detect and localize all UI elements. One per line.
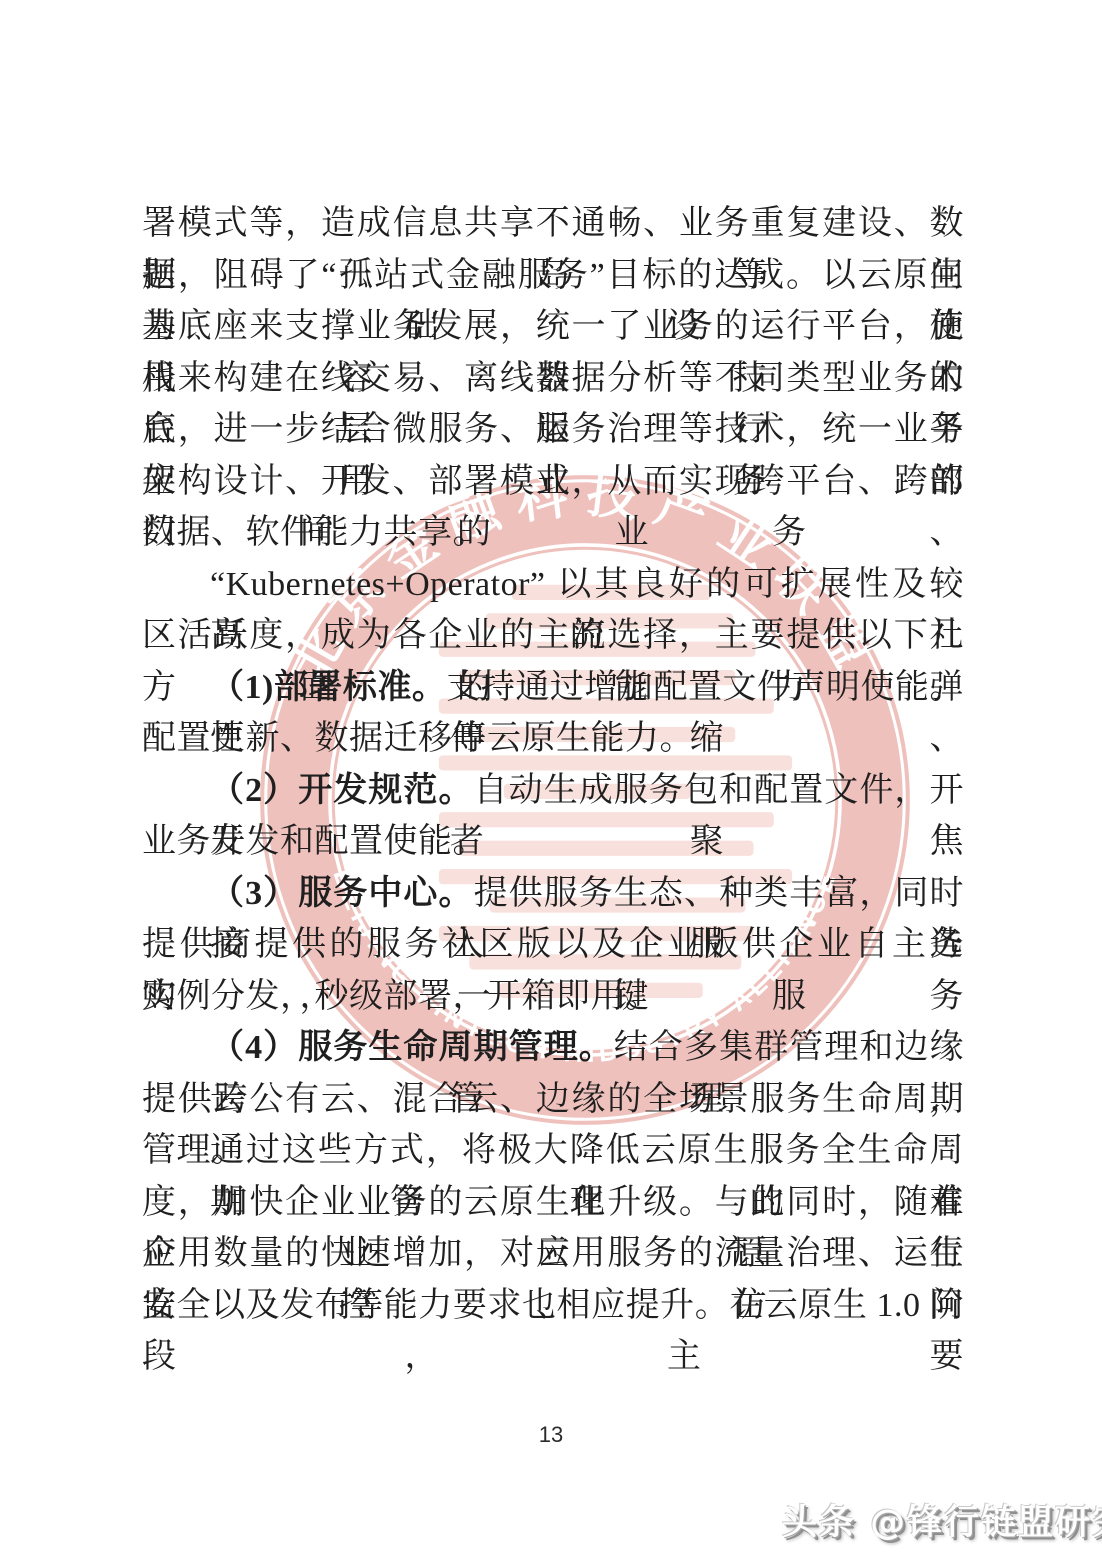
text-line: 应用数量的快速增加，对应用服务的流量治理、运行监控、访问	[142, 1228, 964, 1280]
text-segment: 配置更新、数据迁移等云原生能力。	[142, 720, 694, 757]
text-segment: 实例分发，秒级部署，开箱即用。	[142, 978, 660, 1015]
text-line: 度，加快企业业务的云原生化升级。与此同时，随着企业云原生	[142, 1177, 964, 1229]
text-segment-bold: （2）开发规范。	[210, 772, 474, 809]
text-line: “Kubernetes+Operator” 以其良好的可扩展性及较高的社	[142, 559, 964, 611]
page-number: 13	[0, 1422, 1102, 1448]
text-line: 区活跃度，成为各企业的主流选择，主要提供以下几方面的能力。	[142, 610, 964, 662]
text-line: 通过这些方式，将极大降低云原生服务全生命周期管理的难	[142, 1125, 964, 1177]
text-line: 提供商提供的服务社区版以及企业版供企业自主选购，一键服务	[142, 919, 964, 971]
text-line: （3）服务中心。提供服务生态、种类丰富，同时接入服务	[142, 868, 964, 920]
text-line: （4）服务生命周期管理。结合多集群管理和边缘云管理，	[142, 1022, 964, 1074]
text-line: 台，进一步结合微服务、服务治理等技术，统一业务应用业务的	[142, 404, 964, 456]
text-segment-bold: （4）服务生命周期管理。	[210, 1029, 614, 1066]
text-block: 署模式等，造成信息共享不通畅、业务重复建设、数据孤岛等问题，阻碍了“一站式金融服…	[142, 198, 964, 1331]
text-line: 为底座来支撑业务发展，统一了业务的运行平台，使用容器技术	[142, 301, 964, 353]
footer-watermark: 头条 @锋行链盟研究院	[782, 1495, 1102, 1545]
text-segment-bold: （3）服务中心。	[210, 875, 474, 912]
text-line: 架构设计、开发、部署模式，从而实现跨平台、跨部门间的业务、	[142, 456, 964, 508]
text-line: 提供跨公有云、混合云、边缘的全场景服务生命周期管理。	[142, 1074, 964, 1126]
text-segment: 安全以及发布等能力要求也相应提升。在云原生 1.0 阶段，主要	[142, 1287, 964, 1376]
text-line: 署模式等，造成信息共享不通畅、业务重复建设、数据孤岛等问	[142, 198, 964, 250]
text-line: （2）开发规范。自动生成服务包和配置文件，开发者聚焦	[142, 765, 964, 817]
text-segment: 数据、软件能力共享。	[142, 514, 487, 551]
document-page: 北京金融科技产业联盟 BEIJING FINTECH INDUSTRY ALLI…	[0, 0, 1102, 1559]
text-line: 栈来构建在线交易、离线数据分析等不同类型业务的底层运行平	[142, 353, 964, 405]
text-segment: 业务开发和配置使能。	[142, 823, 487, 860]
text-line: 安全以及发布等能力要求也相应提升。在云原生 1.0 阶段，主要	[142, 1280, 964, 1332]
text-line: 题，阻碍了“一站式金融服务”目标的达成。以云原生基础设施	[142, 250, 964, 302]
text-line: （1)部署标准。支持通过增加配置文件声明使能弹性伸缩、	[142, 662, 964, 714]
text-segment-bold: （1)部署标准。	[210, 669, 446, 706]
